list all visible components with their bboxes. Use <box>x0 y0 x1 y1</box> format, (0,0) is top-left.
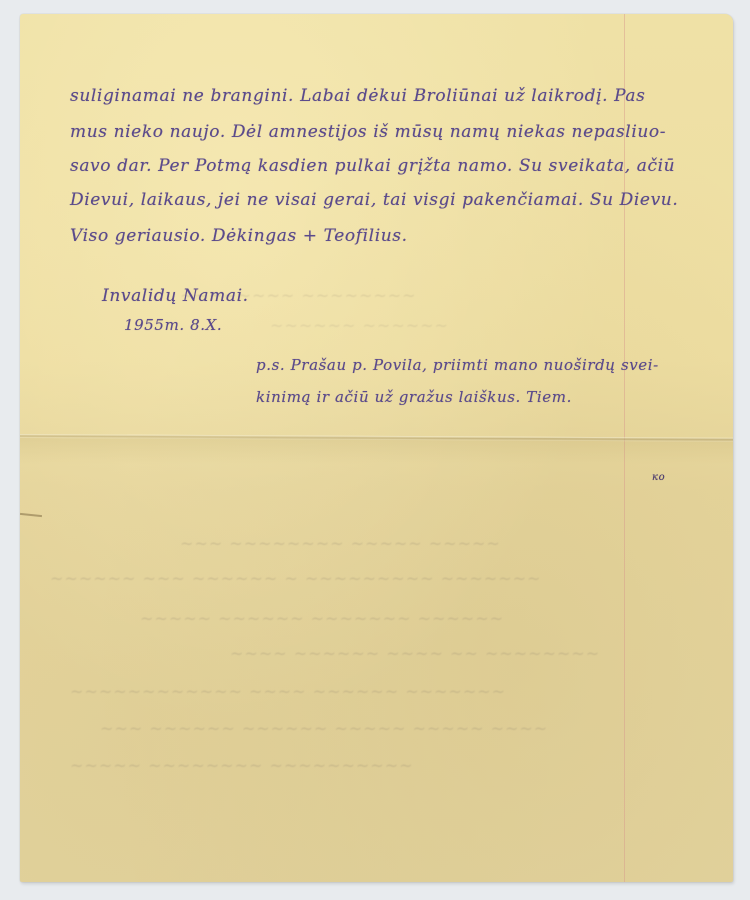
letter-place: Invalidų Namai. <box>102 286 249 306</box>
letter-signoff-line: Viso geriausio. Dėkingas + Teofilius. <box>70 226 408 246</box>
edge-tear-mark <box>20 513 42 517</box>
bleed-through-line: ~~~~ ~~~~~~ ~~~~ ~~ ~~~~~~~~ <box>230 644 600 663</box>
postscript-line: p.s. Prašau p. Povila, priimti mano nuoš… <box>256 356 659 374</box>
fold-shadow <box>20 438 733 464</box>
stray-ink-mark: ко <box>652 472 665 483</box>
bleed-through-line: ~~~~~~~~~~~~ ~~~~ ~~~~~~ ~~~~~~~ <box>70 682 506 701</box>
bleed-through-line: ~~~~~ ~~~~~~ ~~~~~~~ ~~~~~~ <box>140 609 504 628</box>
bleed-through-line: ~~~~~~ ~~~ ~~~~~~ ~ ~~~~~~~~~ ~~~~~~~ <box>50 569 541 588</box>
bleed-through-line: ~~~ ~~~~~~~~ ~~~~~ ~~~~~ <box>180 534 501 553</box>
letter-body-line: suliginamai ne brangini. Labai dėkui Bro… <box>70 86 645 106</box>
letter-page: ~~~~~~~~ ~~~~~~~~ ~~~~~~ ~~~~~~ ~~~ ~~~~… <box>20 14 733 882</box>
bleed-through-line: ~~~~~~ ~~~~~~ <box>270 316 449 335</box>
bleed-through-line: ~~~ ~~~~~~ ~~~~~~ ~~~~~ ~~~~~ ~~~~ <box>100 719 548 738</box>
postscript-line: kinimą ir ačiū už gražus laiškus. Tiem. <box>256 388 572 406</box>
scanner-background: ~~~~~~~~ ~~~~~~~~ ~~~~~~ ~~~~~~ ~~~ ~~~~… <box>0 0 750 900</box>
letter-date: 1955m. 8.X. <box>124 316 222 334</box>
letter-body-line: Dievui, laikaus, jei ne visai gerai, tai… <box>70 190 678 210</box>
letter-body-line: savo dar. Per Potmą kasdien pulkai grįžt… <box>70 156 675 176</box>
bleed-through-line: ~~~~~ ~~~~~~~~ ~~~~~~~~~~ <box>70 756 414 775</box>
letter-body-line: mus nieko naujo. Dėl amnestijos iš mūsų … <box>70 122 666 142</box>
